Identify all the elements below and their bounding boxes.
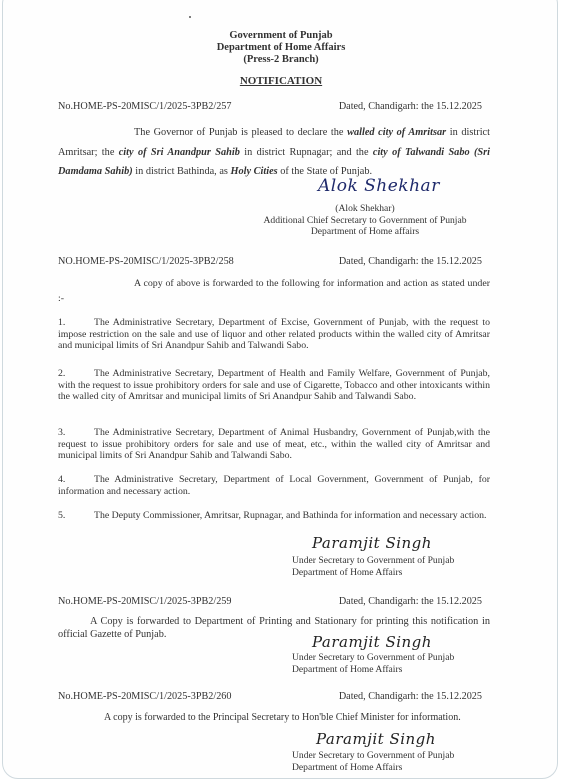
ref-row-258: NO.HOME-PS-20MISC/1/2025-3PB2/258 Dated,… <box>58 256 490 267</box>
signatory-title: Additional Chief Secretary to Government… <box>230 215 500 227</box>
notification-document: Government of Punjab Department of Home … <box>0 0 562 781</box>
signatory-block-1: (Alok Shekhar) Additional Chief Secretar… <box>230 203 500 238</box>
signatory-block-2: Under Secretary to Government of Punjab … <box>292 555 512 578</box>
scan-speck <box>189 16 191 18</box>
list-item-2: 2.The Administrative Secretary, Departme… <box>58 368 490 403</box>
signatory-title: Under Secretary to Government of Punjab <box>292 555 512 567</box>
ref-row-259: No.HOME-PS-20MISC/1/2025-3PB2/259 Dated,… <box>58 596 490 607</box>
list-item-5: 5.The Deputy Commissioner, Amritsar, Rup… <box>58 510 490 522</box>
ref-number: No.HOME-PS-20MISC/1/2025-3PB2/259 <box>58 596 232 607</box>
notification-title: NOTIFICATION <box>0 75 562 87</box>
signatory-dept: Department of Home Affairs <box>292 664 512 676</box>
signatory-name: (Alok Shekhar) <box>230 203 500 215</box>
header-department: Department of Home Affairs <box>0 42 562 54</box>
header-branch: (Press-2 Branch) <box>0 54 562 66</box>
list-item-1: 1.The Administrative Secretary, Departme… <box>58 317 490 352</box>
header-government: Government of Punjab <box>0 30 562 42</box>
ref-number: No.HOME-PS-20MISC/1/2025-3PB2/257 <box>58 101 232 112</box>
notification-body: The Governor of Punjab is pleased to dec… <box>58 123 490 182</box>
copy3-text: A copy is forwarded to the Principal Sec… <box>58 711 490 726</box>
signature-paramjit-singh-2: Paramjit Singh <box>312 633 432 651</box>
ref-number: No.HOME-PS-20MISC/1/2025-3PB2/260 <box>58 691 232 702</box>
signatory-title: Under Secretary to Government of Punjab <box>292 750 512 762</box>
list-item-4: 4.The Administrative Secretary, Departme… <box>58 474 490 497</box>
signatory-dept: Department of Home Affairs <box>292 567 512 579</box>
signature-paramjit-singh-1: Paramjit Singh <box>312 534 432 552</box>
signature-paramjit-singh-3: Paramjit Singh <box>316 730 436 748</box>
signature-alok-shekhar: Alok Shekhar <box>318 176 440 196</box>
signatory-block-4: Under Secretary to Government of Punjab … <box>292 750 512 773</box>
list-item-3: 3.The Administrative Secretary, Departme… <box>58 427 490 462</box>
ref-date: Dated, Chandigarh: the 15.12.2025 <box>339 256 482 267</box>
signatory-block-3: Under Secretary to Government of Punjab … <box>292 652 512 675</box>
signatory-dept: Department of Home Affairs <box>292 762 512 774</box>
signatory-title: Under Secretary to Government of Punjab <box>292 652 512 664</box>
ref-row-260: No.HOME-PS-20MISC/1/2025-3PB2/260 Dated,… <box>58 691 490 702</box>
ref-row-257: No.HOME-PS-20MISC/1/2025-3PB2/257 Dated,… <box>58 101 490 112</box>
ref-date: Dated, Chandigarh: the 15.12.2025 <box>339 101 482 112</box>
ref-date: Dated, Chandigarh: the 15.12.2025 <box>339 596 482 607</box>
copy1-intro: A copy of above is forwarded to the foll… <box>58 276 490 306</box>
ref-number: NO.HOME-PS-20MISC/1/2025-3PB2/258 <box>58 256 234 267</box>
signatory-dept: Department of Home affairs <box>230 226 500 238</box>
ref-date: Dated, Chandigarh: the 15.12.2025 <box>339 691 482 702</box>
